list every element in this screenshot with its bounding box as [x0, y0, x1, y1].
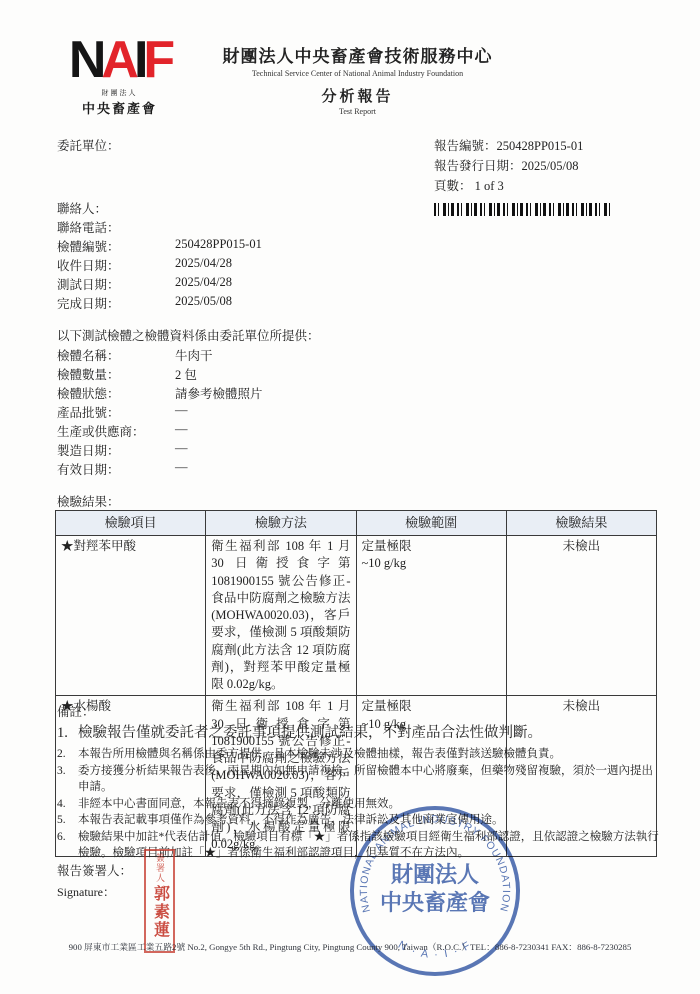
- pages-value: 1 of 3: [475, 179, 504, 193]
- report-title-block: 財團法人中央畜產會技術服務中心 Technical Service Center…: [185, 42, 530, 116]
- result-item: ★對羥苯甲酸: [56, 536, 206, 696]
- signer-seal-name: 郭素蓮: [152, 885, 168, 939]
- col-header-range: 檢驗範圍: [356, 511, 506, 536]
- sample-state-row: 檢體狀態：請參考檢體照片: [57, 384, 120, 402]
- note-item: 2.本報告所用檢體與名稱係由委方提供，且本檢驗未涉及檢體抽樣，報告表僅對該送驗檢…: [57, 746, 659, 763]
- sample-no-row: 檢體編號：250428PP015-01: [57, 237, 120, 255]
- test-date-row: 測試日期：2025/04/28: [57, 275, 120, 293]
- signer-seal-stamp: 簽署人 郭素蓮: [144, 849, 175, 953]
- batch-no-value: —: [175, 403, 188, 418]
- completed-date-row: 完成日期：2025/05/08: [57, 294, 120, 312]
- sample-no-value: 250428PP015-01: [175, 237, 262, 252]
- naif-logo: NAIF 財團法人 中央畜產會: [57, 36, 182, 117]
- sample-state-value: 請參考檢體照片: [175, 384, 263, 402]
- sample-name-row: 檢體名稱：牛肉干: [57, 346, 120, 364]
- report-title-zh: 分析報告: [185, 85, 530, 106]
- supplier-row: 生產或供應商：—: [57, 422, 145, 440]
- col-header-item: 檢驗項目: [56, 511, 206, 536]
- mfg-date-row: 製造日期：—: [57, 441, 120, 459]
- stamp-center-line1: 財團法人: [391, 862, 479, 887]
- sample-name-value: 牛肉干: [175, 346, 213, 364]
- note-item: 3.委方接獲分析結果報告表後，兩星期內如無申請複檢，所留檢體本中心將廢棄，但藥物…: [57, 763, 659, 796]
- completed-date-value: 2025/05/08: [175, 294, 232, 309]
- signer-seal-role: 簽署人: [155, 853, 164, 883]
- signature-block: 報告簽署人： Signature：: [57, 861, 132, 903]
- result-range: 定量極限 ~10 g/kg: [356, 536, 506, 696]
- footer-address: 900 屏東市工業區工業五路2號 No.2, Gongye 5th Rd., P…: [30, 940, 670, 953]
- naif-logo-word: NAIF: [57, 36, 182, 84]
- report-no-row: 報告編號：250428PP015-01: [434, 136, 583, 154]
- received-date-value: 2025/04/28: [175, 256, 232, 271]
- pages-row: 頁數： 1 of 3: [434, 176, 504, 194]
- test-date-value: 2025/04/28: [175, 275, 232, 290]
- results-section-label: 檢驗結果：: [57, 492, 120, 510]
- received-date-row: 收件日期：2025/04/28: [57, 256, 120, 274]
- issue-date-row: 報告發行日期：2025/05/08: [434, 156, 578, 174]
- issue-date-value: 2025/05/08: [522, 159, 579, 173]
- batch-no-row: 產品批號：—: [57, 403, 120, 421]
- sample-qty-row: 檢體數量：2 包: [57, 365, 120, 383]
- expiry-date-value: —: [175, 460, 188, 475]
- table-row: ★對羥苯甲酸 衛生福利部 108 年 1 月 30 日衛授食字第 1081900…: [56, 536, 657, 696]
- organization-name-zh: 財團法人中央畜產會技術服務中心: [185, 42, 530, 67]
- signature-label: Signature：: [57, 882, 132, 903]
- note-item: 1.檢驗報告僅就委託者之委託事項提供測試結果，不對產品合法性做判斷。: [57, 723, 659, 744]
- organization-name-en: Technical Service Center of National Ani…: [185, 69, 530, 78]
- col-header-result: 檢驗結果: [506, 511, 656, 536]
- sample-qty-value: 2 包: [175, 365, 197, 383]
- result-value: 未檢出: [506, 536, 656, 696]
- signer-label: 報告簽署人：: [57, 861, 132, 882]
- contact-row: 聯絡人：: [57, 199, 107, 217]
- results-header-row: 檢驗項目 檢驗方法 檢驗範圍 檢驗結果: [56, 511, 657, 536]
- barcode: [434, 203, 612, 216]
- test-report-page: NAIF 財團法人 中央畜產會 財團法人中央畜產會技術服務中心 Technica…: [0, 0, 700, 994]
- report-no-value: 250428PP015-01: [497, 139, 584, 153]
- client-row: 委託單位：: [57, 136, 120, 154]
- result-method: 衛生福利部 108 年 1 月 30 日衛授食字第 1081900155 號公告…: [206, 536, 356, 696]
- expiry-date-row: 有效日期：—: [57, 460, 120, 478]
- notes-label: 備註：: [57, 702, 659, 720]
- report-title-en: Test Report: [185, 107, 530, 116]
- col-header-method: 檢驗方法: [206, 511, 356, 536]
- logo-subtitle-small: 財團法人: [57, 88, 182, 98]
- sample-intro: 以下測試檢體之檢體資料係由委託單位所提供：: [57, 326, 320, 344]
- supplier-value: —: [175, 422, 188, 437]
- stamp-center-line2: 中央畜產會: [380, 890, 490, 915]
- phone-row: 聯絡電話：: [57, 218, 120, 236]
- mfg-date-value: —: [175, 441, 188, 456]
- logo-subtitle: 中央畜產會: [57, 98, 182, 117]
